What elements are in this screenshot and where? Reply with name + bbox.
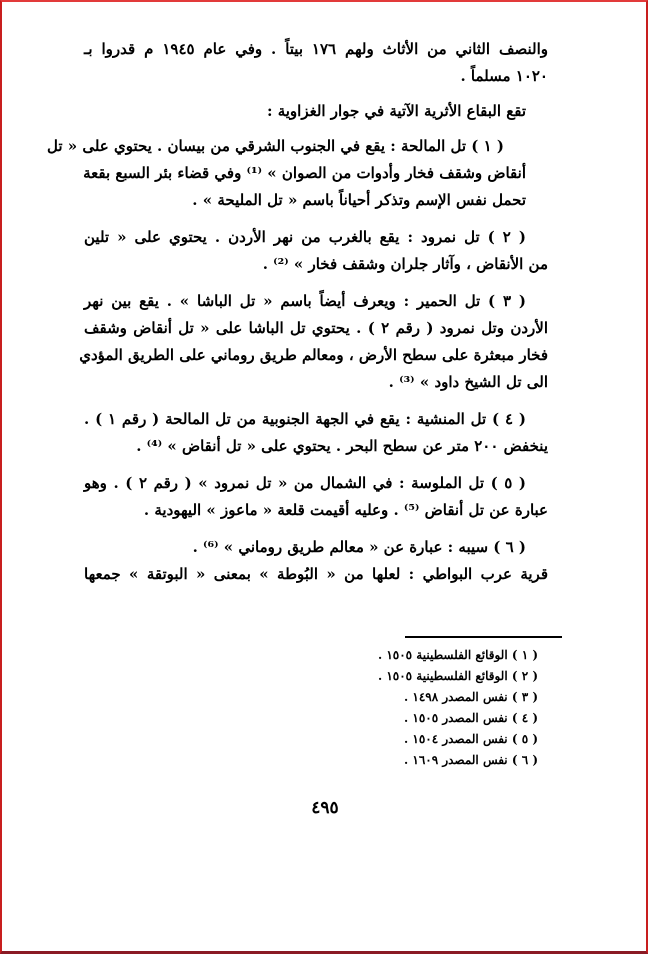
text-line: الى تل الشيخ داود » ⁽³⁾ . <box>84 369 548 396</box>
footnote-5: ( ٥ ) نفس المصدر ١٥٠٤ . <box>320 729 538 750</box>
book-page-body: والنصف الثاني من الأثاث ولهم ١٧٦ بيتاً .… <box>84 36 548 588</box>
text-line: فخار مبعثرة على سطح الأرض ، ومعالم طريق … <box>84 342 548 369</box>
text-line: ( ٦ ) سيبه : عبارة عن « معالم طريق رومان… <box>84 534 548 561</box>
text-line: أنقاض وشقف فخار وأدوات من الصوان » ⁽¹⁾ و… <box>84 160 548 187</box>
text-line: تحمل نفس الإسم وتذكر أحياناً باسم « تل ا… <box>84 187 548 214</box>
footnote-4: ( ٤ ) نفس المصدر ١٥٠٥ . <box>320 708 538 729</box>
footnote-divider <box>405 636 562 638</box>
text-line: الأردن وتل نمرود ( رقم ٢ ) . يحتوي تل ال… <box>84 315 548 342</box>
footnote-2: ( ٢ ) الوقائع الفلسطينية ١٥٠٥ . <box>320 666 538 687</box>
site-entry-6: ( ٦ ) سيبه : عبارة عن « معالم طريق رومان… <box>84 534 548 561</box>
text-line: ينخفض ٢٠٠ متر عن سطح البحر . يحتوي على «… <box>84 433 548 460</box>
text-line: ( ٤ ) تل المنشية : يقع في الجهة الجنوبية… <box>84 406 548 433</box>
site-entry-3: ( ٣ ) تل الحمير : ويعرف أيضاً باسم « تل … <box>84 288 548 396</box>
site-entry-2: ( ٢ ) تل نمرود : يقع بالغرب من نهر الأرد… <box>84 224 548 278</box>
footnote-1: ( ١ ) الوقائع الفلسطينية ١٥٠٥ . <box>320 645 538 666</box>
site-entry-1: ( ١ ) تل المالحة : يقع في الجنوب الشرقي … <box>84 133 548 214</box>
text-line: ( ١ ) تل المالحة : يقع في الجنوب الشرقي … <box>84 133 548 160</box>
text-line: ( ٢ ) تل نمرود : يقع بالغرب من نهر الأرد… <box>84 224 548 251</box>
footnotes-list: ( ١ ) الوقائع الفلسطينية ١٥٠٥ . ( ٢ ) ال… <box>320 645 538 771</box>
text-line: ( ٥ ) تل الملوسة : في الشمال من « تل نمر… <box>84 470 548 497</box>
site-entry-4: ( ٤ ) تل المنشية : يقع في الجهة الجنوبية… <box>84 406 548 460</box>
text-line: عبارة عن تل أنقاض ⁽⁵⁾ . وعليه أقيمت قلعة… <box>84 497 548 524</box>
intro-paragraph: والنصف الثاني من الأثاث ولهم ١٧٦ بيتاً .… <box>84 36 548 90</box>
section-heading: تقع البقاع الأثرية الآتية في جوار الغزاو… <box>84 98 548 125</box>
text-line: ( ٣ ) تل الحمير : ويعرف أيضاً باسم « تل … <box>84 288 548 315</box>
text-line: من الأنقاض ، وآثار جلران وشقف فخار » ⁽²⁾… <box>84 251 548 278</box>
text-line: والنصف الثاني من الأثاث ولهم ١٧٦ بيتاً .… <box>84 36 548 63</box>
village-entry: قرية عرب البواطي : لعلها من « البُوطة » … <box>84 561 548 588</box>
text-line: ١٠٢٠ مسلماً . <box>84 63 548 90</box>
text-line: قرية عرب البواطي : لعلها من « البُوطة » … <box>84 561 548 588</box>
footnote-3: ( ٣ ) نفس المصدر ١٤٩٨ . <box>320 687 538 708</box>
page-number: ٤٩٥ <box>300 798 350 818</box>
site-entry-5: ( ٥ ) تل الملوسة : في الشمال من « تل نمر… <box>84 470 548 524</box>
footnote-6: ( ٦ ) نفس المصدر ١٦٠٩ . <box>320 750 538 771</box>
heading-text: تقع البقاع الأثرية الآتية في جوار الغزاو… <box>84 98 548 125</box>
